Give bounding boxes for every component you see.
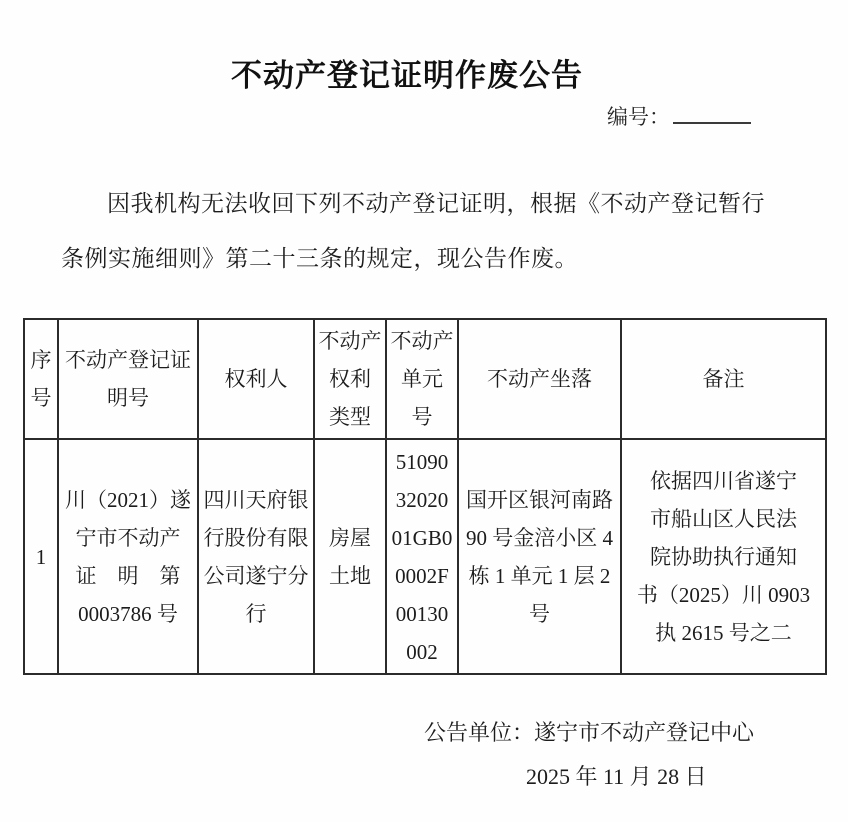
cell-holder: 四川天府银 行股份有限 公司遂宁分 行 — [198, 439, 314, 674]
cell-unit-no: 51090 32020 01GB0 0002F 00130 002 — [386, 439, 458, 674]
document-title: 不动产登记证明作废公告 — [0, 50, 848, 95]
cell-remark: 依据四川省遂宁 市船山区人民法 院协助执行通知 书（2025）川 0903 执 … — [621, 439, 826, 674]
scanned-notice-document: 不动产登记证明作废公告 编号： 因我机构无法收回下列不动产登记证明，根据《不动产… — [0, 0, 848, 822]
number-blank-underline — [673, 103, 751, 124]
table-row: 1 川（2021）遂 宁市不动产 证 明 第 0003786 号 四川天府银 行… — [24, 439, 826, 674]
table-header-row: 序 号 不动产登记证 明号 权利人 不动产 权利 类型 不动产 单元 号 不动产… — [24, 319, 826, 439]
header-location: 不动产坐落 — [458, 319, 621, 439]
cell-right-type: 房屋 土地 — [314, 439, 386, 674]
header-seq: 序 号 — [24, 319, 58, 439]
document-number-line: 编号： — [607, 101, 751, 131]
notice-body-paragraph: 因我机构无法收回下列不动产登记证明，根据《不动产登记暂行 条例实施细则》第二十三… — [61, 176, 797, 286]
header-remark: 备注 — [621, 319, 826, 439]
cell-cert-no: 川（2021）遂 宁市不动产 证 明 第 0003786 号 — [58, 439, 198, 674]
cell-location: 国开区银河南路 90 号金涪小区 4 栋 1 单元 1 层 2 号 — [458, 439, 621, 674]
header-unit-no: 不动产 单元 号 — [386, 319, 458, 439]
footer-date-line: 2025 年 11 月 28 日 — [526, 760, 707, 791]
cell-seq: 1 — [24, 439, 58, 674]
header-cert-no: 不动产登记证 明号 — [58, 319, 198, 439]
header-holder: 权利人 — [198, 319, 314, 439]
number-label: 编号： — [607, 105, 670, 129]
certificates-table: 序 号 不动产登记证 明号 权利人 不动产 权利 类型 不动产 单元 号 不动产… — [23, 318, 827, 675]
footer-issuer-line: 公告单位：遂宁市不动产登记中心 — [424, 716, 754, 747]
header-right-type: 不动产 权利 类型 — [314, 319, 386, 439]
